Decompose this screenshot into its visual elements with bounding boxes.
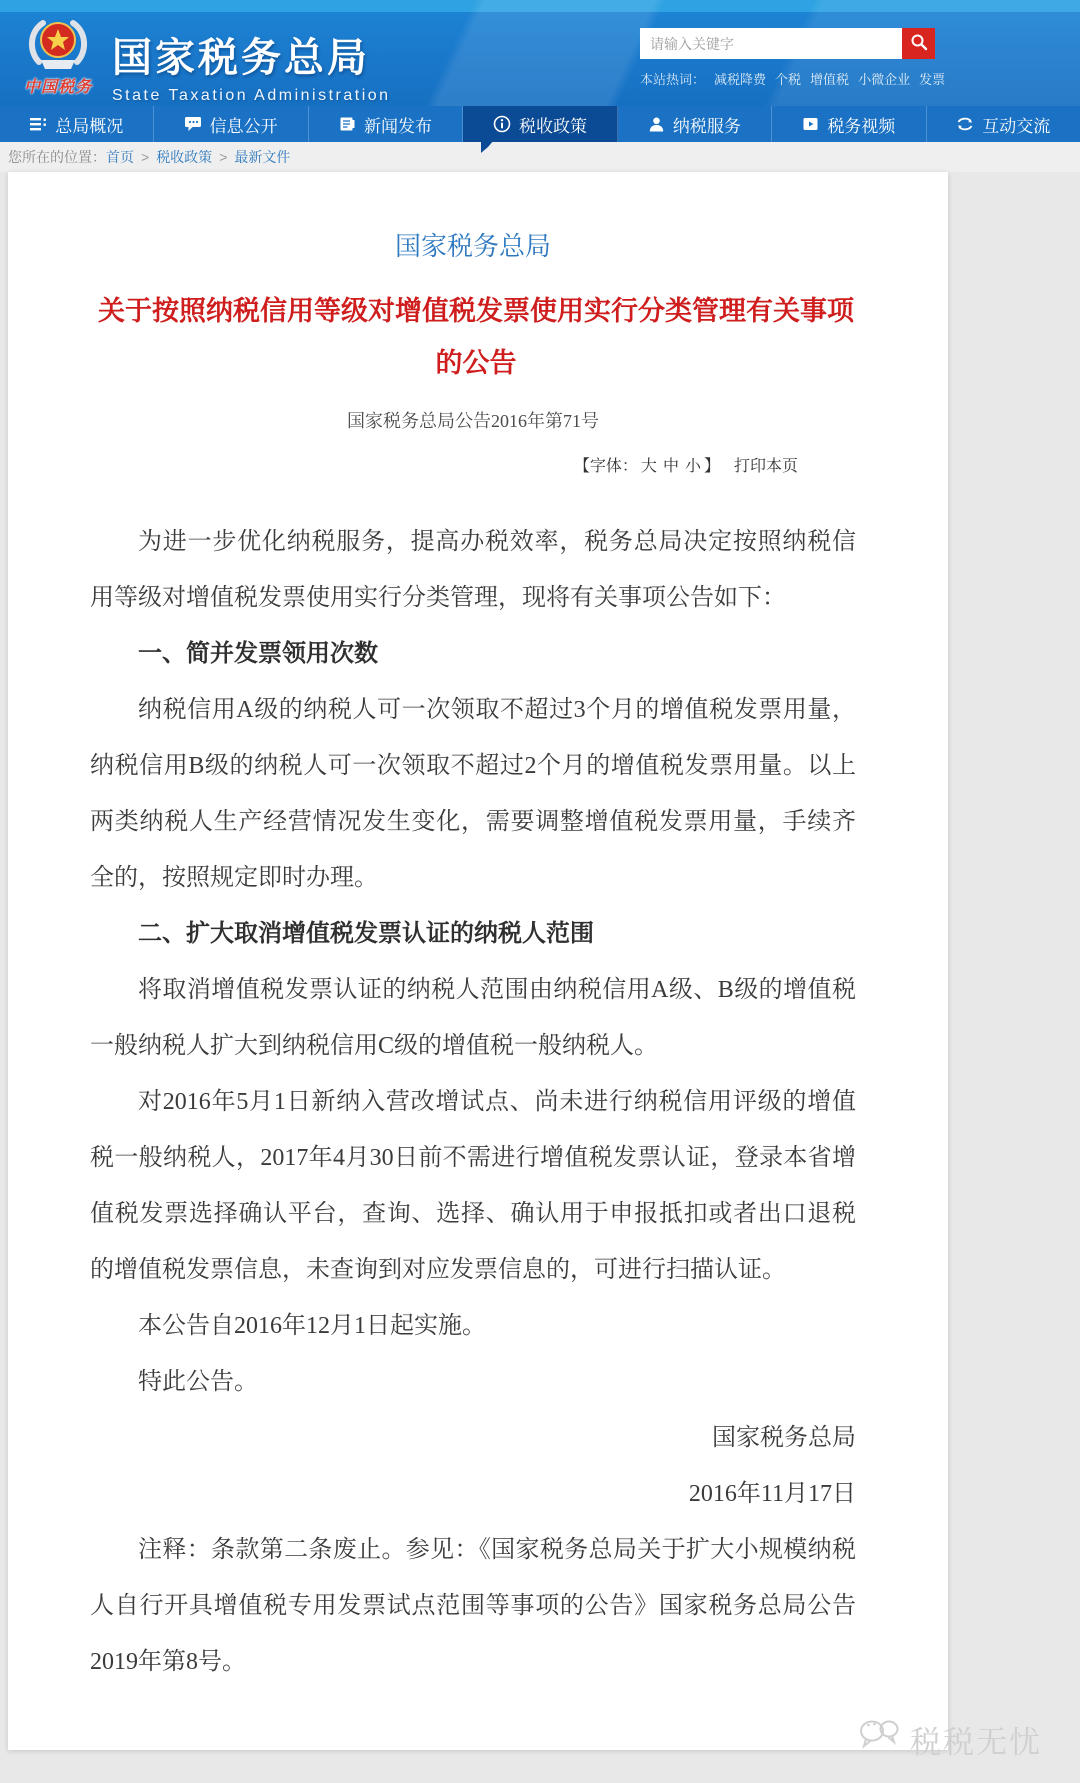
site-subtitle: State Taxation Administration (112, 87, 391, 105)
main-navigation: 总局概况 信息公开 新闻发布 (0, 106, 1080, 142)
nav-label: 税收政策 (519, 112, 587, 137)
user-icon (648, 116, 665, 132)
signature: 国家税务总局 (90, 1410, 856, 1466)
search-icon (910, 33, 928, 54)
nav-label: 税务视频 (827, 112, 895, 137)
nav-label: 新闻发布 (364, 112, 432, 137)
hot-word-link[interactable]: 减税降费 (714, 72, 766, 87)
breadcrumb: 您所在的位置： 首页 > 税收政策 > 最新文件 (0, 142, 1080, 172)
chat-icon (185, 116, 202, 132)
site-logo[interactable]: 中国税务 (12, 12, 104, 97)
watermark-text: 税税无忧 (910, 1717, 1042, 1762)
breadcrumb-link-tax-policy[interactable]: 税收政策 (156, 147, 212, 167)
nav-item-info-disclosure[interactable]: 信息公开 (154, 106, 308, 142)
article-card: 国家税务总局 关于按照纳税信用等级对增值税发票使用实行分类管理有关事项的公告 国… (8, 172, 948, 1750)
hot-words-label: 本站热词： (640, 72, 705, 87)
article-tools: 【字体：大中小】打印本页 (90, 453, 798, 476)
watermark: 税税无忧 (858, 1716, 1042, 1762)
nav-label: 总局概况 (55, 112, 123, 137)
hot-word-link[interactable]: 增值税 (810, 72, 849, 87)
nav-item-interaction[interactable]: 互动交流 (927, 106, 1080, 142)
menu-icon (30, 116, 47, 132)
document-number: 国家税务总局公告2016年第71号 (90, 407, 856, 433)
print-page-button[interactable]: 打印本页 (734, 458, 798, 475)
site-header: 中国税务 国家税务总局 State Taxation Administratio… (0, 0, 1080, 106)
breadcrumb-separator: > (219, 149, 227, 165)
section-heading-2: 二、扩大取消增值税发票认证的纳税人范围 (90, 906, 856, 962)
nav-item-tax-policy[interactable]: 税收政策 (463, 106, 617, 142)
annotation-note: 注释：条款第二条废止。参见：《国家税务总局关于扩大小规模纳税人自行开具增值税专用… (90, 1522, 856, 1690)
paragraph: 本公告自2016年12月1日起实施。 (90, 1298, 856, 1354)
info-icon (493, 115, 511, 133)
font-size-medium-button[interactable]: 中 (663, 458, 679, 475)
news-icon (339, 116, 356, 132)
paragraph: 纳税信用A级的纳税人可一次领取不超过3个月的增值税发票用量，纳税信用B级的纳税人… (90, 682, 856, 906)
taxation-emblem-icon (12, 16, 104, 74)
nav-label: 互动交流 (982, 112, 1050, 137)
paragraph: 将取消增值税发票认证的纳税人范围由纳税信用A级、B级的增值税一般纳税人扩大到纳税… (90, 962, 856, 1074)
announcement-title: 关于按照纳税信用等级对增值税发票使用实行分类管理有关事项的公告 (90, 285, 862, 389)
logo-caption: 中国税务 (12, 74, 104, 97)
hot-word-link[interactable]: 小微企业 (858, 72, 910, 87)
chat-bubbles-icon (858, 1716, 910, 1762)
video-icon (802, 116, 819, 132)
font-size-large-button[interactable]: 大 (641, 458, 657, 475)
nav-label: 信息公开 (210, 112, 278, 137)
paragraph: 为进一步优化纳税服务，提高办税效率，税务总局决定按照纳税信用等级对增值税发票使用… (90, 514, 856, 626)
nav-item-overview[interactable]: 总局概况 (0, 106, 154, 142)
hot-words: 本站热词：减税降费个税增值税小微企业发票 (640, 69, 940, 88)
paragraph: 对2016年5月1日新纳入营改增试点、尚未进行纳税信用评级的增值税一般纳税人，2… (90, 1074, 856, 1298)
search-input[interactable] (640, 28, 902, 59)
nav-label: 纳税服务 (673, 112, 741, 137)
nav-item-tax-video[interactable]: 税务视频 (772, 106, 926, 142)
breadcrumb-label: 您所在的位置： (8, 147, 106, 167)
breadcrumb-link-home[interactable]: 首页 (106, 147, 134, 167)
signature-date: 2016年11月17日 (90, 1466, 856, 1522)
exchange-icon (956, 116, 974, 132)
site-title: 国家税务总局 (112, 26, 391, 83)
header-top-strip (0, 0, 1080, 12)
hot-word-link[interactable]: 个税 (775, 72, 801, 87)
nav-item-taxpayer-services[interactable]: 纳税服务 (618, 106, 772, 142)
breadcrumb-separator: > (141, 149, 149, 165)
font-size-label: 【字体： (574, 458, 638, 475)
issuing-org-link[interactable]: 国家税务总局 (90, 226, 856, 263)
search-button[interactable] (902, 28, 935, 59)
font-size-label-close: 】 (704, 458, 720, 475)
nav-item-news[interactable]: 新闻发布 (309, 106, 463, 142)
article-body: 为进一步优化纳税服务，提高办税效率，税务总局决定按照纳税信用等级对增值税发票使用… (90, 514, 856, 1690)
breadcrumb-link-latest-documents[interactable]: 最新文件 (234, 147, 290, 167)
paragraph: 特此公告。 (90, 1354, 856, 1410)
font-size-small-button[interactable]: 小 (685, 458, 701, 475)
section-heading-1: 一、简并发票领用次数 (90, 626, 856, 682)
hot-word-link[interactable]: 发票 (919, 72, 945, 87)
